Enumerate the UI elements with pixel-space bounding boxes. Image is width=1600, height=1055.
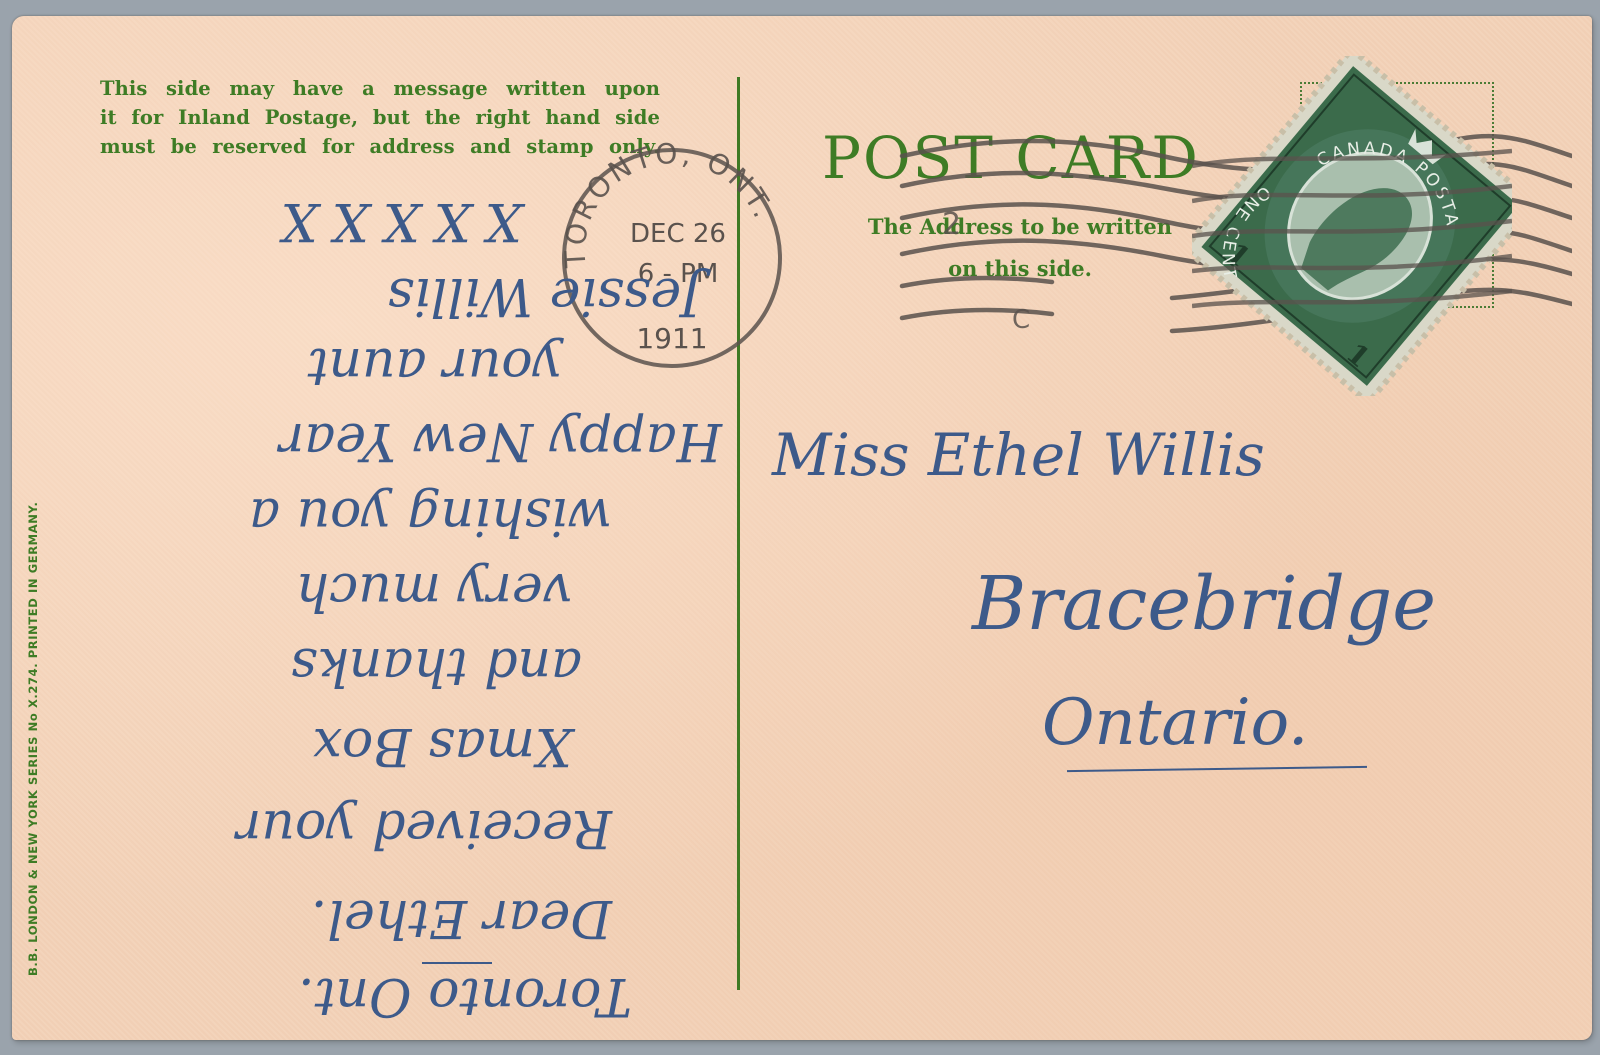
publisher-imprint: B.B. LONDON & NEW YORK SERIES No X.274. … xyxy=(26,316,40,976)
message-line: Dear Ethel. xyxy=(311,888,612,948)
cancel-mark-2: 2 xyxy=(942,207,961,242)
address-name: Miss Ethel Willis xyxy=(772,421,1265,489)
canada-one-cent-stamp: 1 1 CANADA POSTAGE ONE CENT xyxy=(1192,56,1512,396)
handwritten-message: Toronto Ont. Dear Ethel. Received your X… xyxy=(82,166,722,1026)
message-line: wishing you a xyxy=(249,486,612,546)
message-underline xyxy=(422,962,492,964)
address-province: Ontario. xyxy=(1042,686,1308,760)
message-line: and thanks xyxy=(291,636,582,696)
address-town: Bracebridge xyxy=(972,561,1436,647)
message-line: Received your xyxy=(237,798,612,858)
message-line: Jessie Willis xyxy=(387,266,702,326)
postcard: This side may have a message written upo… xyxy=(12,16,1592,1040)
address-underline xyxy=(1067,766,1367,772)
message-line: your aunt xyxy=(308,336,562,396)
message-line: Toronto Ont. xyxy=(298,966,632,1026)
message-line: very much xyxy=(296,561,572,621)
cancel-mark-c: C xyxy=(1012,305,1030,335)
instructions-line: This side may have a message written upo… xyxy=(100,74,660,103)
message-line: Xmas Box xyxy=(313,716,572,776)
message-kisses: XXXXX xyxy=(267,191,522,251)
message-line: Happy New Year xyxy=(279,411,722,471)
instructions-line: it for Inland Postage, but the right han… xyxy=(100,103,660,132)
